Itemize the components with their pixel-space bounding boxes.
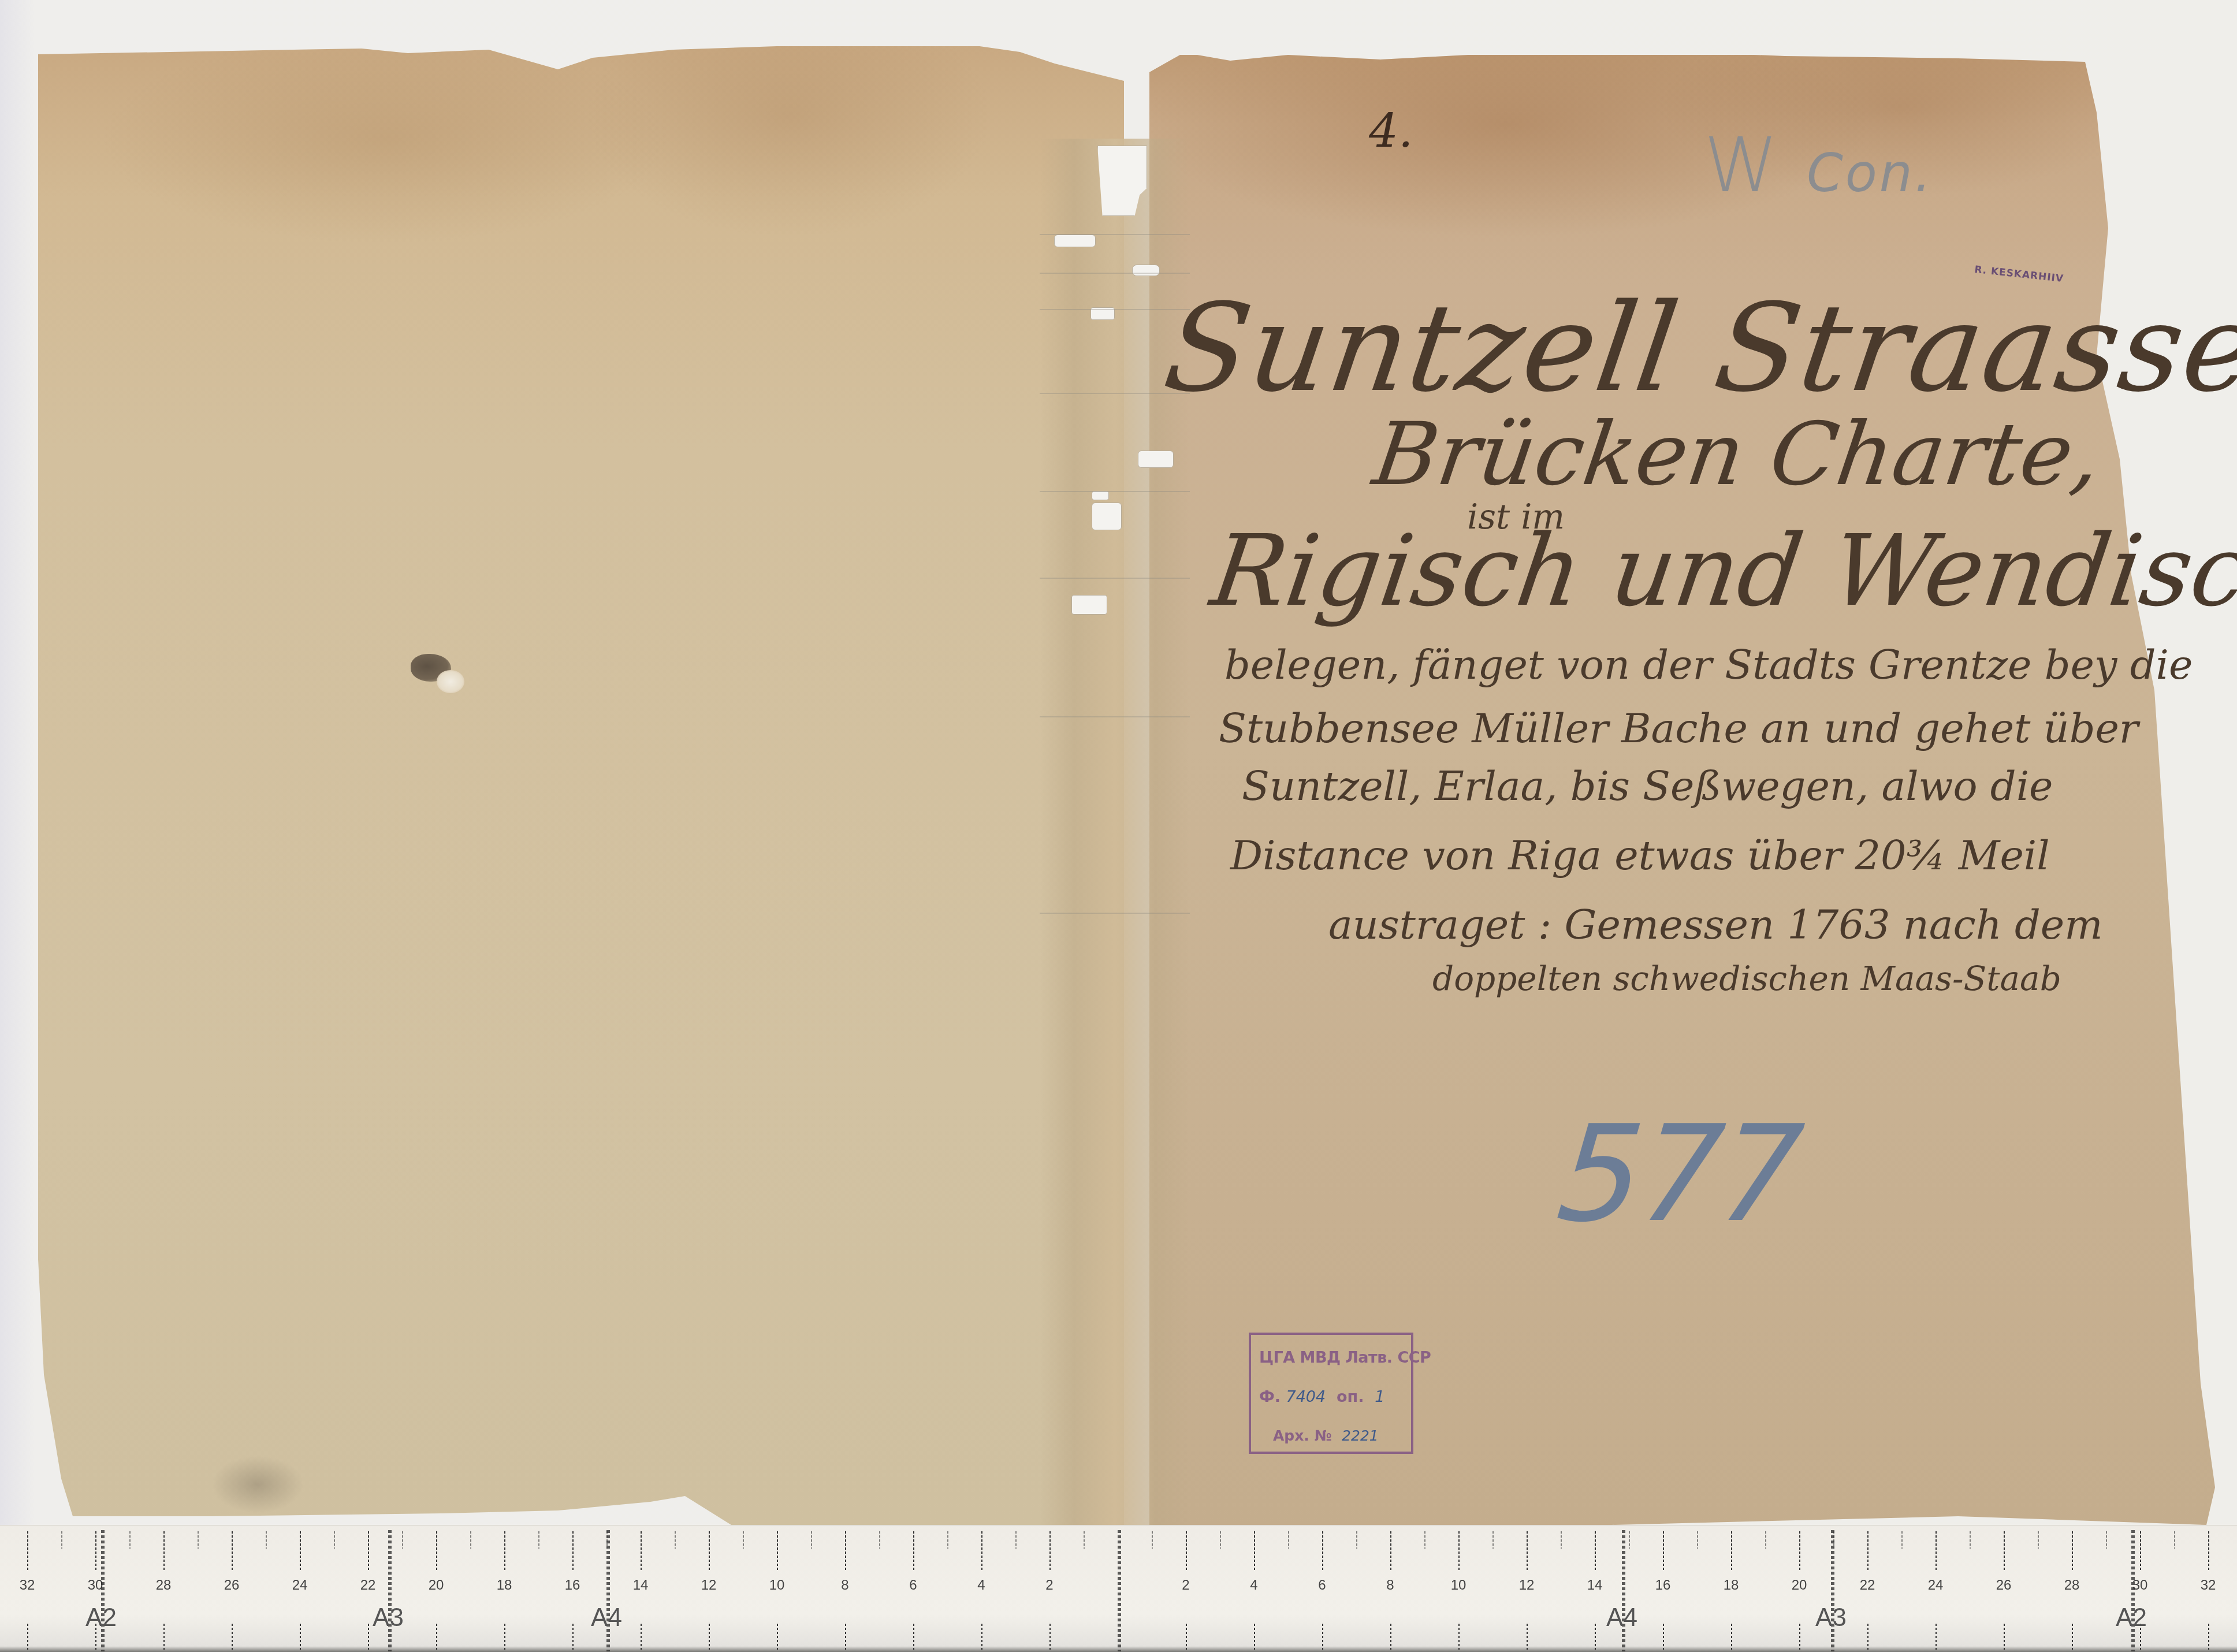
folio-number: 4. [1369,104,1413,158]
ruler-tick [198,1531,199,1549]
ruler-label: 22 [1860,1577,1875,1594]
ruler-tick [981,1531,982,1572]
ruler-tick [1629,1531,1630,1549]
ruler-tick [2140,1531,2141,1572]
measurement-ruler: 3230282624222018161412108642246810121416… [0,1525,2237,1652]
ruler-tick [709,1624,710,1650]
ruler-tick [1527,1531,1528,1572]
format-mark: A4 [591,1603,622,1632]
ruler-label: 18 [1724,1577,1739,1594]
ruler-tick [538,1531,539,1549]
ruler-tick [743,1531,744,1549]
ruler-label: 32 [20,1577,35,1594]
ruler-tick [61,1531,62,1549]
ruler-label: 24 [1928,1577,1944,1594]
arch-label: Арх. № [1273,1427,1332,1444]
ruler-label: 4 [1250,1577,1257,1594]
ruler-tick [1901,1531,1903,1549]
spine-tear-hole [1092,491,1109,500]
ruler-tick [1458,1624,1460,1650]
shelf-mark-suffix: Con. [1807,143,1934,204]
crease-line [1040,234,1190,235]
format-mark: A4 [1606,1603,1637,1632]
ruler-label: 10 [1451,1577,1466,1594]
left-page-blank [38,46,1124,1525]
ruler-tick [1765,1531,1766,1549]
ruler-label: 2 [1182,1577,1189,1594]
ruler-tick [777,1624,778,1650]
ruler-tick [1356,1531,1357,1549]
spine-tear-hole [1054,235,1096,247]
archive-stamp-number-row: Арх. № 2221 [1273,1427,1379,1444]
ruler-tick [2174,1531,2175,1549]
ruler-label: 6 [909,1577,917,1594]
ruler-tick [913,1624,914,1650]
ruler-tick [266,1531,267,1549]
ruler-tick [641,1624,642,1650]
ruler-label: 14 [633,1577,649,1594]
ruler-tick [1492,1531,1494,1549]
ruler-label: 18 [497,1577,512,1594]
body-line: Stubbensee Müller Bache an und gehet übe… [1219,705,2138,752]
crease-line [1040,491,1190,492]
fond-label: Ф. [1259,1388,1281,1406]
ruler-tick [1527,1624,1528,1650]
ruler-tick [1935,1531,1937,1572]
ruler-center-band [1118,1530,1121,1651]
ruler-tick [1390,1624,1391,1650]
ruler-label: 26 [1996,1577,2012,1594]
ruler-tick [300,1531,301,1572]
archive-stamp-title: ЦГА МВД Латв. ССР [1259,1349,1431,1367]
format-mark: A2 [2116,1603,2147,1632]
ruler-tick [1663,1531,1664,1572]
ruler-tick [1458,1531,1460,1572]
ruler-tick [1152,1531,1153,1549]
ruler-tick [300,1624,301,1650]
ruler-tick [2072,1624,2073,1650]
ruler-label: 12 [701,1577,717,1594]
spine-tear-hole [1092,503,1122,530]
ruler-tick [1935,1624,1937,1650]
arch-value: 2221 [1342,1427,1379,1444]
ruler-tick [436,1531,437,1572]
body-line: belegen, fänget von der Stadts Grentze b… [1224,641,2193,689]
ruler-tick [129,1531,131,1549]
ruler-tick [436,1624,437,1650]
ruler-tick [1254,1624,1255,1650]
ruler-label: 16 [1655,1577,1671,1594]
title-line-1: Suntzell Straasse [1157,277,2237,419]
ruler-label: 8 [841,1577,848,1594]
ruler-tick [675,1531,676,1549]
ruler-tick [1867,1531,1868,1572]
ruler-tick [641,1531,642,1572]
ruler-tick [334,1531,335,1549]
ruler-tick [913,1531,914,1572]
format-band [606,1530,610,1651]
crease-line [1040,273,1190,274]
ruler-tick [27,1531,28,1572]
fond-value: 7404 [1286,1388,1326,1406]
ruler-tick [1220,1531,1221,1549]
ruler-tick [163,1624,165,1650]
blue-pencil-number: 577 [1538,1097,1818,1252]
format-mark: A2 [85,1603,117,1632]
ruler-tick [1424,1531,1425,1549]
ruler-tick [1049,1624,1051,1650]
spine-tear-hole [1097,146,1147,216]
ruler-tick [2208,1531,2209,1572]
ruler-tick [1288,1531,1289,1549]
ruler-tick [232,1624,233,1650]
ruler-tick [1186,1531,1187,1572]
ruler-tick [1697,1531,1698,1549]
ruler-tick [947,1531,948,1549]
ruler-label: 14 [1587,1577,1603,1594]
ruler-label: 24 [292,1577,308,1594]
body-line: doppelten schwedischen Maas-Staab [1432,959,2061,998]
paper-abrasion [437,670,464,693]
ruler-label: 20 [1792,1577,1807,1594]
ruler-tick [1561,1531,1562,1549]
shelf-mark: W Con. [1704,121,1933,209]
ruler-tick [981,1624,982,1650]
ruler-label: 16 [565,1577,580,1594]
ruler-tick [1799,1624,1800,1650]
ruler-tick [1390,1531,1391,1572]
ruler-tick [1867,1624,1868,1650]
ruler-tick [2004,1624,2005,1650]
opis-value: 1 [1375,1388,1384,1406]
ruler-label: 28 [2064,1577,2080,1594]
ruler-tick [1254,1531,1255,1572]
ruler-label: 12 [1519,1577,1535,1594]
opis-label: оп. [1337,1388,1364,1406]
shelf-mark-letter: W [1704,121,1781,209]
ruler-tick [1663,1624,1664,1650]
ruler-tick [402,1531,403,1549]
crease-line [1040,716,1190,717]
format-mark: A3 [1815,1603,1847,1632]
crease-line [1040,309,1190,310]
body-line: Suntzell, Erlaa, bis Seßwegen, alwo die [1242,762,2053,810]
ruler-tick [1595,1624,1596,1650]
ruler-tick [709,1531,710,1572]
ruler-tick [1799,1531,1800,1572]
ruler-tick [1049,1531,1051,1572]
ruler-tick [2208,1624,2209,1650]
format-mark: A3 [373,1603,404,1632]
ruler-tick [1186,1624,1187,1650]
ruler-tick [845,1531,846,1572]
ruler-label: 32 [2201,1577,2216,1594]
ruler-tick [2004,1531,2005,1572]
ruler-tick [470,1531,471,1549]
ruler-tick [1322,1624,1323,1650]
spine-tear-hole [1138,451,1174,468]
ruler-tick [1322,1531,1323,1572]
title-line-2: Brücken Charte, [1368,404,2107,505]
ruler-tick [95,1531,96,1572]
ruler-tick [2106,1531,2107,1549]
ruler-tick [1731,1531,1732,1572]
ruler-tick [27,1624,28,1650]
ruler-label: 2 [1045,1577,1053,1594]
ruler-tick [1595,1531,1596,1572]
ruler-tick [368,1531,369,1572]
ruler-tick [368,1624,369,1650]
ruler-label: 4 [977,1577,985,1594]
ruler-label: 10 [769,1577,785,1594]
crease-line [1040,913,1190,914]
format-band [101,1530,105,1651]
ruler-tick [845,1624,846,1650]
ruler-tick [777,1531,778,1572]
format-band [388,1530,392,1651]
ruler-tick [572,1531,574,1572]
title-line-4: Rigisch und Wendischen Creyse [1205,514,2237,628]
spine-tear-hole [1132,265,1160,276]
ruler-tick [504,1624,505,1650]
crease-line [1040,578,1190,579]
archive-stamp: ЦГА МВД Латв. ССР Ф. 7404 оп. 1 Арх. № 2… [1249,1333,1413,1454]
ruler-label: 28 [156,1577,172,1594]
ruler-tick [1731,1624,1732,1650]
ruler-tick [163,1531,165,1572]
ruler-tick [2038,1531,2039,1549]
ruler-tick [232,1531,233,1572]
format-band [2131,1530,2135,1651]
format-band [1831,1530,1834,1651]
ruler-tick [2072,1531,2073,1572]
spine-tear-hole [1071,595,1107,615]
ruler-tick [811,1531,812,1549]
ruler-tick [1084,1531,1085,1549]
body-line: Distance von Riga etwas über 20¾ Meil [1230,832,2050,879]
body-line: austraget : Gemessen 1763 nach dem [1328,901,2103,948]
ruler-label: 26 [224,1577,240,1594]
ruler-label: 22 [360,1577,376,1594]
ruler-tick [1970,1531,1971,1549]
ruler-tick [504,1531,505,1572]
corner-smudge [211,1456,304,1513]
ruler-tick [572,1624,574,1650]
ruler-tick [879,1531,880,1549]
ruler-label: 8 [1386,1577,1394,1594]
ruler-label: 6 [1318,1577,1326,1594]
ruler-label: 20 [429,1577,444,1594]
format-band [1622,1530,1625,1651]
archive-stamp-fond-row: Ф. 7404 оп. 1 [1259,1388,1384,1406]
ruler-tick [1015,1531,1017,1549]
